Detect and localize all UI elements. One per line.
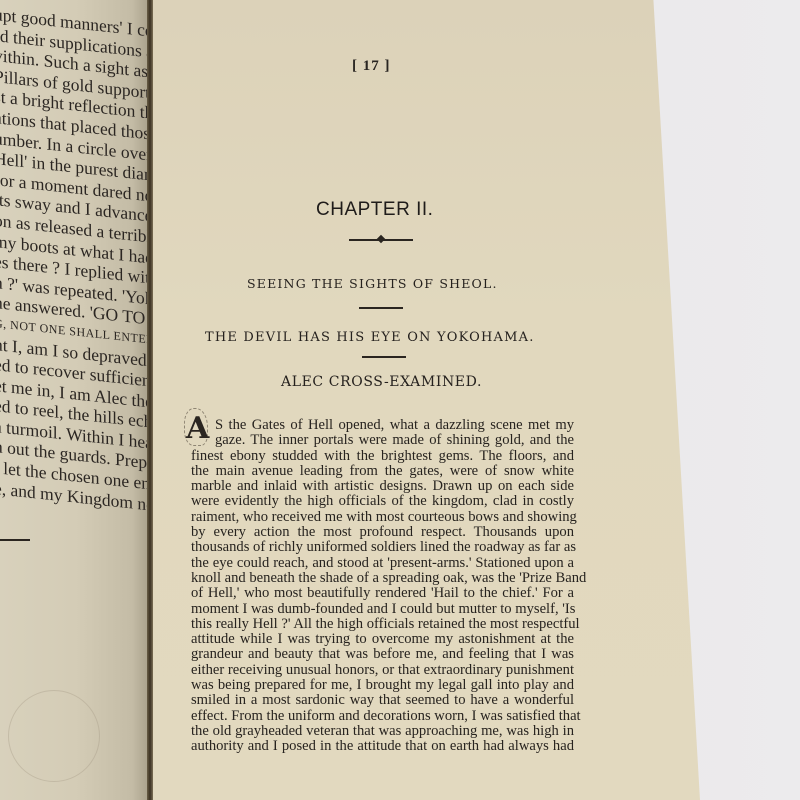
text-line: of Hell,' who most beautifully rendered … <box>191 586 574 601</box>
text-line: finest ebony studded with the brightest … <box>191 449 574 464</box>
text-line: by every action the most profound respec… <box>191 525 574 540</box>
text-line: effect. From the uniform and decorations… <box>191 709 574 724</box>
ornament-divider <box>349 238 413 242</box>
text-line: grandeur and beauty that was before me, … <box>191 647 574 662</box>
text-line: was being prepared for me, I brought my … <box>191 678 574 693</box>
page-number: [ 17 ] <box>352 58 391 75</box>
end-rule <box>0 539 30 541</box>
text-line: authority and I posed in the attitude th… <box>191 739 574 754</box>
rule-divider <box>362 356 406 358</box>
faded-stamp <box>8 690 100 782</box>
text-line: attitude while I was trying to overcome … <box>191 632 574 647</box>
text-line: gaze. The inner portals were made of shi… <box>191 433 574 448</box>
text-line: knoll and beneath the shade of a spreadi… <box>191 571 574 586</box>
text-line: raiment, who received me with most court… <box>191 510 574 525</box>
subtitle-1: SEEING THE SIGHTS OF SHEOL. <box>247 276 498 291</box>
rule-divider <box>359 307 403 309</box>
text-line: this really Hell ?' All the high officia… <box>191 617 574 632</box>
subtitle-2: THE DEVIL HAS HIS EYE ON YOKOHAMA. <box>205 330 535 345</box>
text-line: smiled in a most sardonic way that seeme… <box>191 693 574 708</box>
chapter-title: CHAPTER II. <box>316 199 433 221</box>
text-line: either receiving unusual honors, or that… <box>191 663 574 678</box>
book-spine <box>147 0 153 800</box>
subtitle-3: ALEC CROSS-EXAMINED. <box>281 374 482 390</box>
text-line: S the Gates of Hell opened, what a dazzl… <box>191 418 574 433</box>
text-line: the eye could reach, and stood at 'prese… <box>191 556 574 571</box>
text-line: marble and inlaid with artistic designs.… <box>191 479 574 494</box>
text-line: the main avenue leading from the gates, … <box>191 464 574 479</box>
text-line: thousands of richly uniformed soldiers l… <box>191 540 574 555</box>
text-line: the old grayheaded veteran that was appr… <box>191 724 574 739</box>
body-paragraph: S the Gates of Hell opened, what a dazzl… <box>191 418 574 755</box>
text-line: moment I was dumb-founded and I could bu… <box>191 602 574 617</box>
left-page-text: upt good manners' I conti rd their suppl… <box>0 4 150 516</box>
left-page: upt good manners' I conti rd their suppl… <box>0 0 150 800</box>
text-line: were evidently the high officials of the… <box>191 494 574 509</box>
